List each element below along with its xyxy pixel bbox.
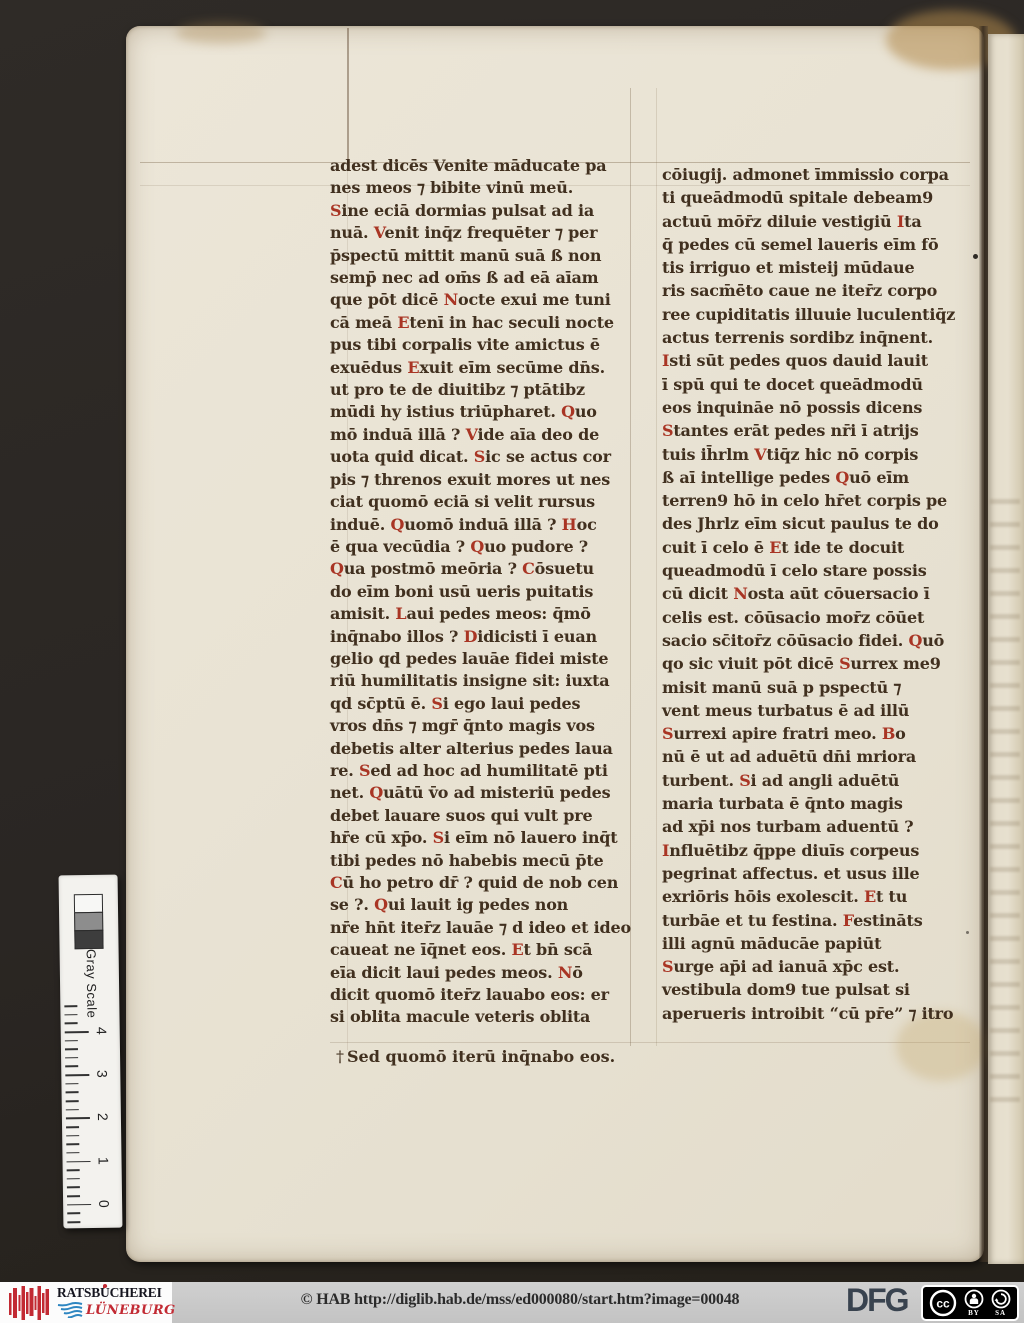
manuscript-text-line: ī spū qui te docet queādmodū: [662, 373, 970, 396]
manuscript-text-line: celis est. cōūsacio mor̄z cōūet: [662, 606, 970, 629]
text-column-right: cōiugij. admonet īmmissio corpati queādm…: [662, 163, 970, 1025]
gray-patch-mid: [74, 912, 103, 931]
manuscript-text-line: si oblita macule veteris oblita: [330, 1006, 630, 1028]
manuscript-text-line: qd sc̄ptū ē. Si ego laui pedes: [330, 693, 630, 715]
manuscript-text-line: vros dn̄s ⁊ mgr̄ q̄nto magis vos: [330, 715, 630, 737]
manuscript-text-line: tuis ih̄rlm Vtiq̄z hic nō corpis: [662, 443, 970, 466]
ruler-number: 3: [94, 1066, 110, 1082]
ruler-tick: [66, 1143, 79, 1145]
ruler-tick: [66, 1092, 79, 1094]
ruler-tick: [67, 1221, 80, 1223]
manuscript-text-line: q̄ pedes cū semel laueris eīm fō: [662, 233, 970, 256]
manuscript-text-line: nuā. Venit inq̄z frequēter ⁊ per: [330, 222, 630, 244]
horizontal-ruling-line-3: [330, 1042, 970, 1043]
manuscript-text-line: Surrexi apire fratri meo. Bo: [662, 722, 970, 745]
manuscript-text-line: illi agnū māducāe papiūt: [662, 932, 970, 955]
manuscript-text-line: debet lauare suos qui vult pre: [330, 805, 630, 827]
manuscript-text-line: nes meos ⁊ bibite vinū meū.: [330, 177, 630, 199]
ruler-number: 2: [95, 1109, 111, 1125]
svg-text:cc: cc: [937, 1297, 951, 1311]
manuscript-text-line: inq̄nabo illos ? Didicisti ī euan: [330, 626, 630, 648]
manuscript-text-line: ē qua vecūdia ? Quo pudore ?: [330, 536, 630, 558]
ruler-tick: [67, 1169, 80, 1171]
cc-sa-arrow-icon: [991, 1289, 1011, 1309]
manuscript-text-line: sacio sc̄itor̄z cōūsacio fidei. Quō: [662, 629, 970, 652]
manuscript-text-line: turbāe et tu festina. Festināts: [662, 909, 970, 932]
manuscript-text-line: cā meā Etenī in hac seculi nocte: [330, 312, 630, 334]
manuscript-text-line: vestibula dom9 tue pulsat si: [662, 978, 970, 1001]
manuscript-text-line: eīa dicit laui pedes meos. Nō: [330, 962, 630, 984]
brand-umlaut: Ü: [100, 1285, 110, 1300]
manuscript-text-line: ree cupiditatis illuuie luculentiq̄z: [662, 303, 970, 326]
ruler-tick: [64, 1005, 77, 1007]
manuscript-text-line: ad xp̄i nos turbam aduentū ?: [662, 815, 970, 838]
ruler-tick: [65, 1057, 78, 1059]
brand-text: RATSBÜCHEREI LÜNEBURG: [57, 1285, 176, 1318]
manuscript-text-line: vent meus turbatus ē ad illū: [662, 699, 970, 722]
ruler-tick: [67, 1161, 91, 1163]
ruler-tick: [65, 1040, 78, 1042]
cc-sa-item: SA: [991, 1289, 1011, 1317]
manuscript-text-line: Cū ho petro dr̄ ? quid de nob cen: [330, 872, 630, 894]
manuscript-text-line: debetis alter alterius pedes laua: [330, 738, 630, 760]
ruler-tick: [66, 1100, 79, 1102]
ruler-tick: [66, 1117, 90, 1119]
manuscript-text-line: do eīm boni usū ueris puitatis: [330, 581, 630, 603]
column-ruling-line-2: [656, 88, 657, 1046]
gray-patch-dark: [74, 930, 103, 949]
manuscript-text-line: tibi pedes nō habebis mecū p̄te: [330, 850, 630, 872]
ruler-tick: [65, 1066, 78, 1068]
gray-patch-white: [74, 894, 103, 913]
manuscript-text-line: Surge ap̄i ad ianuā xp̄c est.: [662, 955, 970, 978]
ruler-tick: [67, 1213, 80, 1215]
manuscript-text-line: riū humilitatis insigne sit: iuxta: [330, 670, 630, 692]
manuscript-text-line: pis ⁊ threnos exuit mores ut nes: [330, 469, 630, 491]
manuscript-text-line: ti queādmodū spitale debeam9: [662, 186, 970, 209]
red-bars-icon: [8, 1285, 50, 1321]
catchword-text: Sed quomō iterū inq̄nabo eos.: [347, 1047, 615, 1066]
manuscript-text-line: Influētibz q̄ppe diuīs corpeus: [662, 839, 970, 862]
manuscript-text-line: tis irriguo et misteij mūdaue: [662, 256, 970, 279]
manuscript-text-line: cuit ī celo ē Et ide te docuit: [662, 536, 970, 559]
manuscript-text-line: ut pro te de diuitibz ⁊ ptātibz: [330, 379, 630, 401]
catchword-line: †Sed quomō iterū inq̄nabo eos.: [336, 1047, 615, 1066]
text-column-left: adest dicēs Venite māducate panes meos ⁊…: [330, 155, 630, 1029]
blue-waves-icon: [57, 1302, 83, 1318]
grayscale-ruler: Gray Scale 43210: [59, 875, 123, 1229]
grayscale-label: Gray Scale: [84, 949, 100, 1019]
page-gutter: [979, 26, 988, 1262]
ruler-number: 4: [94, 1023, 110, 1039]
manuscript-text-line: ß aī intellige pedes Quō eīm: [662, 466, 970, 489]
manuscript-text-line: induē. Quomō induā illā ? Hoc: [330, 514, 630, 536]
cc-by-item: BY: [964, 1289, 984, 1317]
manuscript-text-line: exuēdus Exuit eīm secūme dn̄s.: [330, 357, 630, 379]
manuscript-text-line: uota quid dicat. Sic se actus cor: [330, 446, 630, 468]
manuscript-text-line: Qua postmō meōria ? Cōsuetu: [330, 558, 630, 580]
manuscript-text-line: eos inquināe nō possis dicens: [662, 396, 970, 419]
manuscript-text-line: semp̄ nec ad om̄s ß ad eā aīam: [330, 267, 630, 289]
ruler-tick: [67, 1178, 80, 1180]
cc-icon: cc: [929, 1289, 957, 1317]
ratsbuecherei-logo: RATSBÜCHEREI LÜNEBURG: [0, 1282, 172, 1323]
ruler-tick: [65, 1022, 78, 1024]
cc-by-person-icon: [964, 1289, 984, 1309]
facing-page-edge: [988, 34, 1024, 1264]
edge-stain: [176, 22, 266, 44]
manuscript-text-line: misit manū suā p pspectū ⁊: [662, 676, 970, 699]
brand-part2: CHEREI: [110, 1285, 162, 1300]
manuscript-text-line: pegrinat affectus. et usus ille: [662, 862, 970, 885]
ruler-ticks: 43210: [59, 875, 118, 876]
ruler-tick: [66, 1126, 79, 1128]
manuscript-text-line: ris sacm̄ēto caue ne iter̄z corpo: [662, 279, 970, 302]
manuscript-text-line: queadmodū ī celo stare possis: [662, 559, 970, 582]
manuscript-text-line: Stantes erāt pedes nr̄i ī atrijs: [662, 419, 970, 442]
ruler-tick: [67, 1195, 80, 1197]
footer-bar: RATSBÜCHEREI LÜNEBURG © HAB http://digli…: [0, 1282, 1024, 1323]
manuscript-text-line: re. Sed ad hoc ad humilitatē pti: [330, 760, 630, 782]
ruler-tick: [66, 1109, 79, 1111]
ruler-number: 1: [95, 1152, 111, 1168]
manuscript-text-line: turbent. Si ad angli aduētū: [662, 769, 970, 792]
manuscript-text-line: cū dicit Nosta aūt cōuersacio ī: [662, 582, 970, 605]
manuscript-text-line: Isti sūt pedes quos dauid lauit: [662, 349, 970, 372]
ruler-tick: [66, 1135, 79, 1137]
manuscript-text-line: aperueris introibit “cū pr̄e” ⁊ itro: [662, 1002, 970, 1025]
manuscript-text-line: nū ē ut ad aduētū dn̄i mriora: [662, 745, 970, 768]
manuscript-text-line: cōiugij. admonet īmmissio corpa: [662, 163, 970, 186]
ruler-tick: [64, 1014, 77, 1016]
manuscript-text-line: net. Quātū v̄o ad misteriū pedes: [330, 782, 630, 804]
manuscript-text-line: nr̄e hn̄t iter̄z lauāe ⁊ d ideo et ideo: [330, 917, 630, 939]
manuscript-text-line: ciat quomō eciā si velit rursus: [330, 491, 630, 513]
manuscript-text-line: gelio qd pedes lauāe fidei miste: [330, 648, 630, 670]
manuscript-text-line: maria turbata ē q̄nto magis: [662, 792, 970, 815]
manuscript-text-line: p̄spectū mittit manū suā ß non: [330, 245, 630, 267]
manuscript-text-line: terren9 hō in celo hr̄et corpis pe: [662, 489, 970, 512]
manuscript-text-line: actuū mōr̄z diluie vestigiū Ita: [662, 210, 970, 233]
ruler-number: 0: [96, 1195, 112, 1211]
ruler-tick: [65, 1031, 89, 1033]
brand-line1: RATSBÜCHEREI: [57, 1285, 176, 1301]
manuscript-text-line: mūdi hy istius triūpharet. Quo: [330, 401, 630, 423]
ruler-tick: [66, 1152, 79, 1154]
brand-part1: RATSB: [57, 1285, 100, 1300]
ruler-tick: [67, 1187, 80, 1189]
attribution-text: © HAB http://diglib.hab.de/mss/ed000080/…: [240, 1291, 800, 1309]
manuscript-text-line: pus tibi corpalis vite amictus ē: [330, 334, 630, 356]
fold-crease-line: [347, 28, 349, 170]
ruler-tick: [65, 1083, 78, 1085]
ruler-tick: [65, 1048, 78, 1050]
cc-sa-label: SA: [995, 1310, 1006, 1317]
manuscript-text-line: mō induā illā ? Vide aīa deo de: [330, 424, 630, 446]
manuscript-text-line: adest dicēs Venite māducate pa: [330, 155, 630, 177]
dfg-logo: DFG: [846, 1282, 908, 1319]
manuscript-text-line: exriōris hōis exolescit. Et tu: [662, 885, 970, 908]
manuscript-text-line: des Jhrlz eīm sicut paulus te do: [662, 512, 970, 535]
manuscript-text-line: qo sic viuit pōt dicē Surrex me9: [662, 652, 970, 675]
ink-speck: [973, 254, 978, 259]
manuscript-text-line: Sine eciā dormias pulsat ad ia: [330, 200, 630, 222]
ruler-tick: [67, 1204, 91, 1206]
ruler-tick: [65, 1074, 89, 1076]
manuscript-text-line: amisit. Laui pedes meos: q̄mō: [330, 603, 630, 625]
manuscript-text-line: caueat ne īq̄net eos. Et bn̄ scā: [330, 939, 630, 961]
catchword-mark: †: [336, 1047, 344, 1066]
manuscript-text-line: dicit quomō iter̄z lauabo eos: er: [330, 984, 630, 1006]
cc-license-badge: cc BY SA: [921, 1285, 1019, 1321]
manuscript-scan-photo: adest dicēs Venite māducate panes meos ⁊…: [0, 0, 1024, 1323]
brand-line2: LÜNEBURG: [86, 1303, 176, 1318]
bleedthrough-text: [990, 484, 1020, 1104]
column-ruling-line: [630, 88, 631, 1046]
manuscript-text-line: actus terrenis sordibz inq̄nent.: [662, 326, 970, 349]
manuscript-text-line: que pōt dicē Nocte exui me tuni: [330, 289, 630, 311]
cc-by-label: BY: [968, 1310, 980, 1317]
manuscript-text-line: se ?. Qui lauit ig pedes non: [330, 894, 630, 916]
manuscript-text-line: hr̄e cū xp̄o. Si eīm nō lauero inq̄t: [330, 827, 630, 849]
